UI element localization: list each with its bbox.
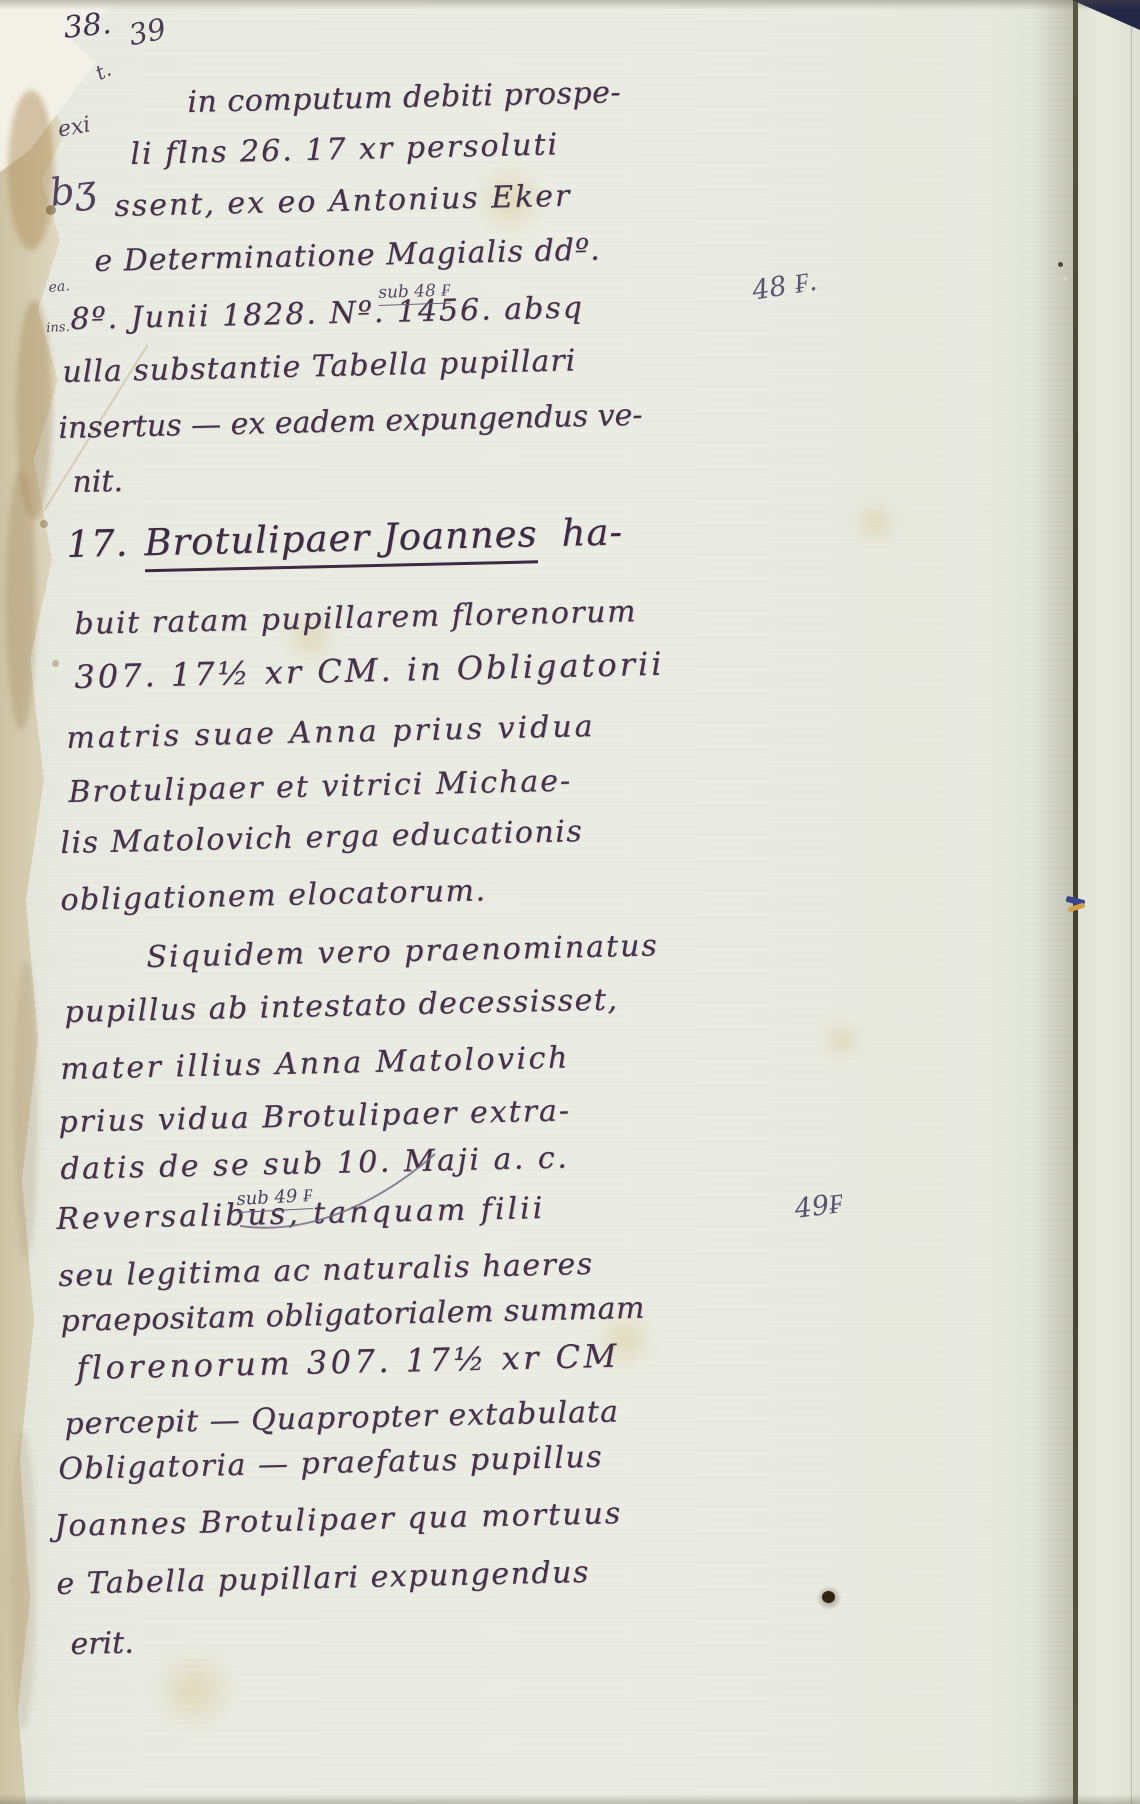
page-number-left: 38. xyxy=(62,7,113,46)
foxing-spot xyxy=(150,1650,240,1730)
foxing-spot xyxy=(820,1020,864,1060)
edge-speck xyxy=(52,660,59,667)
edge-stain xyxy=(6,470,36,730)
entry-title: Brotulipaer Joannes xyxy=(144,512,538,572)
ink-blot xyxy=(822,1591,835,1603)
edge-speck xyxy=(40,520,48,528)
edge-stain xyxy=(14,960,38,1260)
top-edge-shadow xyxy=(0,0,1140,10)
margin-note-49: 49₣ xyxy=(793,1188,844,1225)
edge-stain xyxy=(10,1430,36,1730)
foxing-spot xyxy=(850,500,900,545)
flourish-stroke xyxy=(230,1140,450,1235)
margin-fragment: ins. xyxy=(46,321,70,337)
bottom-edge-shadow xyxy=(0,1794,1140,1804)
prev-entry-line: nit. xyxy=(72,465,123,501)
margin-fragment: ea. xyxy=(48,278,70,296)
margin-fragment: bʒ xyxy=(48,167,98,215)
entry-number: 17. xyxy=(66,522,129,566)
entry-title-suffix: ha- xyxy=(561,510,623,554)
interline-note-48: sub 48 ₣ xyxy=(378,282,450,306)
next-leaf-line xyxy=(1131,0,1132,1804)
body-line: erit. xyxy=(70,1627,134,1663)
